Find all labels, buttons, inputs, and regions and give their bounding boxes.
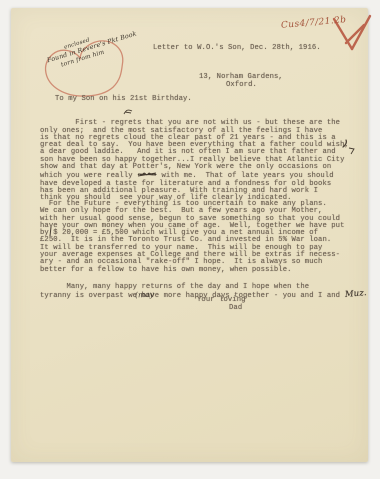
- ink-scribble-strikeout: [137, 171, 157, 178]
- ink-tick-mark: [348, 147, 356, 155]
- scanned-letter-page: { "letter": { "header": "Letter to W.O.'…: [0, 0, 380, 479]
- paragraph-3-text: Many, many happy returns of the day and …: [40, 283, 345, 299]
- address-line-2: Oxford.: [226, 82, 257, 89]
- salutation: To my Son on his 21st Birthday.: [55, 96, 192, 103]
- may-insertion: (may: [135, 290, 154, 300]
- check-mark-icon: [325, 12, 375, 56]
- paragraph-2: For the Future - everything is too uncer…: [40, 201, 366, 274]
- signature: Dad: [229, 305, 242, 312]
- paragraph-1: First - regrets that you are not with us…: [40, 113, 366, 210]
- ink-stroke-mark: [48, 227, 53, 236]
- letter-paper: enclosed Found in Revere's Pkt Book torn…: [11, 8, 368, 462]
- muz-handwritten-word: Muz.: [344, 290, 366, 299]
- ink-caret-mark: [123, 108, 133, 115]
- letter-header: Letter to W.O.'s Son, Dec. 28th, 1916.: [153, 45, 321, 52]
